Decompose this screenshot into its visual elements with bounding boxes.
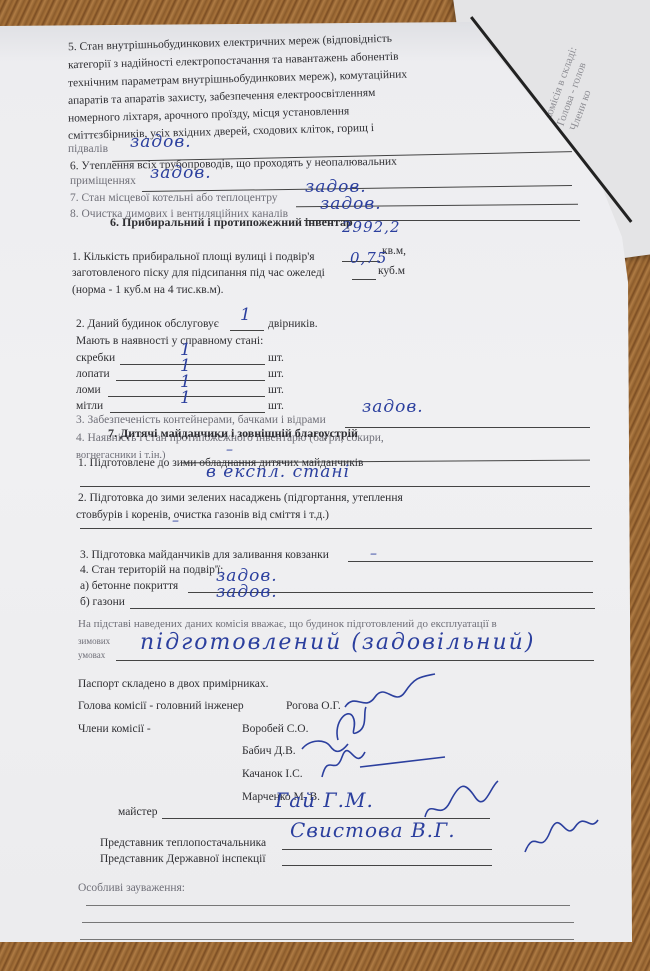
- heat-supplier-signature: [520, 812, 600, 862]
- item8-handwritten-value: задов.: [320, 194, 382, 214]
- item6-handwritten-value: задов.: [150, 163, 212, 183]
- chair-label: Голова комісії - головний інженер: [78, 700, 244, 712]
- area-label: 1. Кількість прибиральної площі вулиці і…: [72, 251, 315, 263]
- master-label: майстер: [118, 806, 157, 818]
- heat-supplier-rule: [282, 849, 492, 850]
- item6-label2: приміщеннях: [70, 175, 136, 187]
- containers-rule: [345, 427, 590, 428]
- item7-label: 7. Стан місцевої котельні або теплоцентр…: [70, 192, 278, 204]
- lawns-handwritten-value: задов.: [216, 582, 278, 602]
- item5-text: сміттєзбірників, усіх вхідних дверей, сх…: [68, 122, 374, 142]
- section7-title: 7. Дитячі майданчики і зовнішній благоус…: [108, 426, 358, 441]
- member-name: Бабич Д.В.: [242, 745, 296, 757]
- member-signature: [320, 742, 450, 782]
- document-page: 5. Стан внутрішньобудинкових електричних…: [0, 22, 634, 942]
- tool-handwritten-value: 1: [180, 388, 192, 408]
- janitors-rule: [230, 330, 264, 331]
- sand-rule: [352, 279, 376, 280]
- inspection-label: Представник Державної інспекції: [100, 853, 266, 865]
- tool-name: ломи: [76, 384, 101, 396]
- tool-unit: шт.: [268, 400, 284, 412]
- notes-rule: [86, 905, 570, 906]
- item5-text: апаратів та апаратів захисту, забезпечен…: [68, 87, 376, 107]
- lawns-label: б) газони: [80, 596, 125, 608]
- conclusion-handwritten-value: підготовлений (задовільний): [140, 630, 535, 655]
- item5-text: категорії з надійності електропостачання…: [68, 51, 399, 72]
- rink-rule: [348, 561, 593, 562]
- member-name: Качанок І.С.: [242, 768, 303, 780]
- inspection-rule: [282, 865, 492, 866]
- greenery-rule: [80, 528, 592, 529]
- available-label: Мають в наявності у справному стані:: [76, 335, 263, 347]
- playground-handwritten-value: в експл. стані: [206, 462, 350, 482]
- rink-handwritten-value: –: [370, 546, 378, 562]
- conclusion-text: На підставі наведених даних комісія вваж…: [78, 618, 497, 630]
- item5-text: технічним параметрам внутрішньобудинкови…: [68, 69, 407, 90]
- conclusion-rule: [116, 660, 594, 661]
- containers-label: 3. Забезпеченість контейнерами, бачками …: [76, 414, 326, 426]
- greenery-handwritten-value: –: [172, 513, 180, 529]
- master-handwritten-value: Гай Г.М.: [275, 788, 374, 812]
- notes-rule: [82, 922, 574, 923]
- tool-name: скребки: [76, 352, 115, 364]
- area-handwritten-value: 2992,2: [342, 218, 401, 236]
- janitors-label: 2. Даний будинок обслуговує: [76, 318, 219, 330]
- lawns-rule: [130, 608, 595, 609]
- conclusion-label-b: умовах: [78, 650, 105, 660]
- concrete-label: а) бетонне покриття: [80, 580, 178, 592]
- greenery-label2: стовбурів і коренів, очистка газонів від…: [76, 509, 329, 521]
- tool-name: мітли: [76, 400, 103, 412]
- sand-unit: куб.м: [378, 265, 405, 277]
- tool-unit: шт.: [268, 384, 284, 396]
- conclusion-label-a: зимових: [78, 636, 110, 646]
- item5-label: підвалів: [68, 143, 108, 155]
- item5-text: номерного ліхтаря, арочного проїзду, міс…: [68, 105, 350, 124]
- item6-label: 6. Утеплення всіх трубопроводів, що прох…: [70, 156, 397, 173]
- janitors-handwritten-value: 1: [240, 305, 252, 325]
- rink-label: 3. Підготовка майданчиків для заливання …: [80, 549, 329, 561]
- janitors-unit: двірників.: [268, 318, 318, 330]
- copies-note: Паспорт складено в двох примірниках.: [78, 678, 269, 690]
- tool-rule: [110, 412, 265, 413]
- greenery-label: 2. Підготовка до зими зелених насаджень …: [78, 492, 403, 504]
- containers-handwritten-value: задов.: [362, 397, 424, 417]
- section6-title: 6. Прибиральний і протипожежний інвентар: [110, 215, 353, 230]
- notes-label: Особливі зауваження:: [78, 882, 185, 894]
- tool-rule: [120, 364, 265, 365]
- yard-label: 4. Стан територій на подвір'ї:: [80, 564, 223, 576]
- playground-rule: [80, 486, 590, 487]
- item5-text: 5. Стан внутрішньобудинкових електричних…: [68, 33, 392, 53]
- members-label: Члени комісії -: [78, 723, 151, 735]
- notes-rule: [80, 939, 574, 940]
- tool-name: лопати: [76, 368, 110, 380]
- item5-handwritten-value: задов.: [130, 132, 192, 152]
- member-name: Воробей С.О.: [242, 723, 308, 735]
- sand-label: заготовленого піску для підсипання під ч…: [72, 267, 325, 279]
- tool-unit: шт.: [268, 352, 284, 364]
- tool-unit: шт.: [268, 368, 284, 380]
- heat-supplier-label: Представник теплопостачальника: [100, 837, 266, 849]
- heat-supplier-handwritten-value: Свистова В.Г.: [290, 818, 456, 842]
- fire-handwritten-value: –: [226, 442, 234, 458]
- norm-note: (норма - 1 куб.м на 4 тис.кв.м).: [72, 284, 224, 296]
